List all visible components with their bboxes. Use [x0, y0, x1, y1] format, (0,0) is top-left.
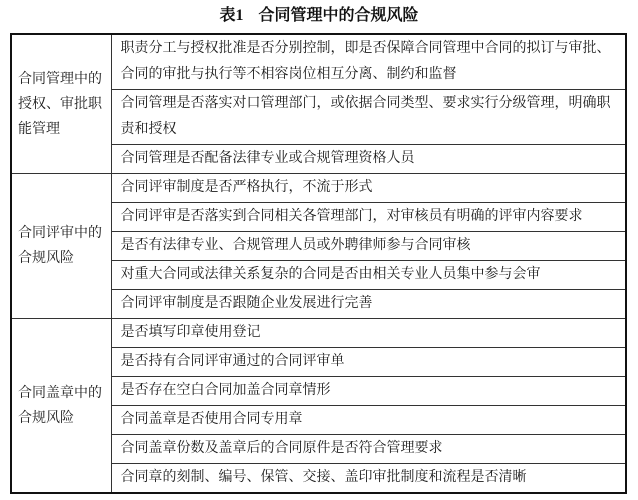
- table-title-text: 合同管理中的合规风险: [259, 7, 419, 24]
- compliance-risk-table: 合同管理中的授权、审批职能管理职责分工与授权批准是否分别控制，即是否保障合同管理…: [10, 33, 627, 494]
- risk-item-cell: 合同管理是否配备法律专业或合规管理资格人员: [111, 145, 626, 174]
- risk-item-cell: 合同盖章份数及盖章后的合同原件是否符合管理要求: [111, 435, 626, 464]
- category-cell: 合同评审中的合规风险: [11, 174, 111, 319]
- table-row: 合同评审中的合规风险合同评审制度是否严格执行，不流于形式: [11, 174, 626, 203]
- risk-item-cell: 合同章的刻制、编号、保管、交接、盖印审批制度和流程是否清晰: [111, 464, 626, 494]
- table-row: 合同管理中的授权、审批职能管理职责分工与授权批准是否分别控制，即是否保障合同管理…: [11, 34, 626, 90]
- category-cell: 合同管理中的授权、审批职能管理: [11, 34, 111, 174]
- risk-item-cell: 合同评审制度是否严格执行，不流于形式: [111, 174, 626, 203]
- risk-item-cell: 合同盖章是否使用合同专用章: [111, 406, 626, 435]
- risk-item-cell: 对重大合同或法律关系复杂的合同是否由相关专业人员集中参与会审: [111, 261, 626, 290]
- risk-item-cell: 合同评审制度是否跟随企业发展进行完善: [111, 290, 626, 319]
- document-page: 表1合同管理中的合规风险 合同管理中的授权、审批职能管理职责分工与授权批准是否分…: [0, 0, 638, 500]
- risk-item-cell: 是否持有合同评审通过的合同评审单: [111, 348, 626, 377]
- table-number-label: 表1: [219, 7, 243, 24]
- risk-item-cell: 是否有法律专业、合规管理人员或外聘律师参与合同审核: [111, 232, 626, 261]
- category-cell: 合同盖章中的合规风险: [11, 319, 111, 494]
- risk-item-cell: 是否填写印章使用登记: [111, 319, 626, 348]
- risk-item-cell: 是否存在空白合同加盖合同章情形: [111, 377, 626, 406]
- page-title: 表1合同管理中的合规风险: [0, 5, 638, 27]
- risk-table-body: 合同管理中的授权、审批职能管理职责分工与授权批准是否分别控制，即是否保障合同管理…: [11, 34, 626, 493]
- risk-item-cell: 合同评审是否落实到合同相关各管理部门，对审核员有明确的评审内容要求: [111, 203, 626, 232]
- risk-item-cell: 职责分工与授权批准是否分别控制，即是否保障合同管理中合同的拟订与审批、合同的审批…: [111, 34, 626, 90]
- table-row: 合同盖章中的合规风险是否填写印章使用登记: [11, 319, 626, 348]
- risk-item-cell: 合同管理是否落实对口管理部门，或依据合同类型、要求实行分级管理，明确职责和授权: [111, 90, 626, 145]
